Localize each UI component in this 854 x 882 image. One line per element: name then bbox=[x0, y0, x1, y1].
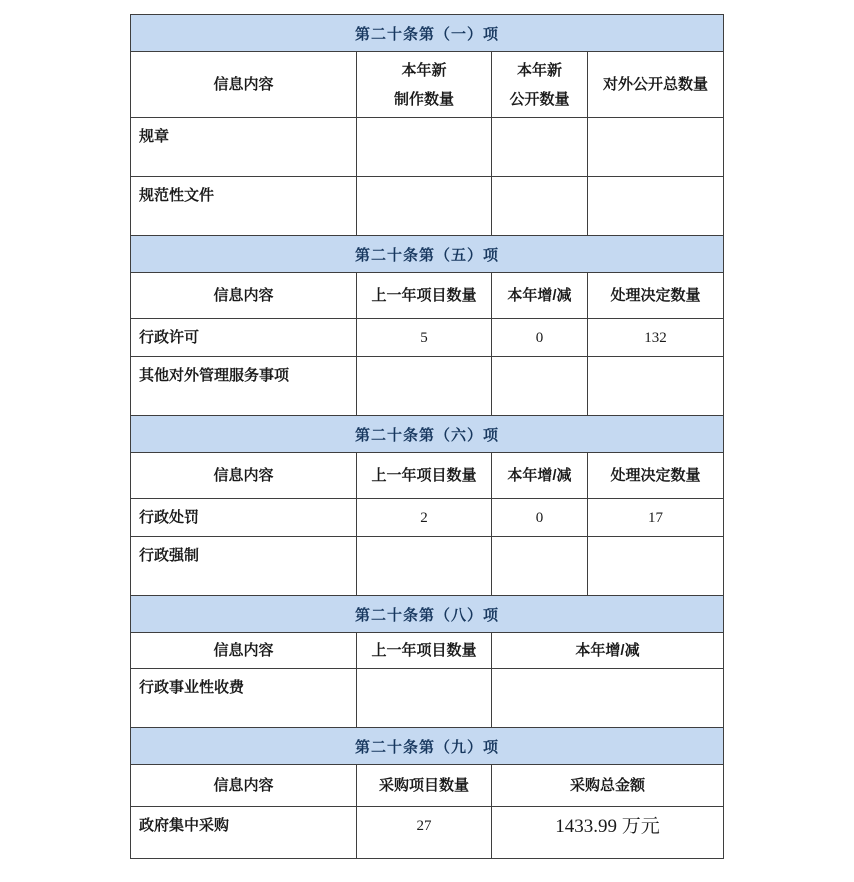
row-label: 行政强制 bbox=[130, 537, 356, 596]
section-banner-row-3: 第二十条第（六）项 bbox=[130, 416, 723, 453]
column-header-label: 处理决定数量 bbox=[592, 281, 719, 310]
column-header: 本年增/减 bbox=[491, 273, 587, 319]
report-page: 第二十条第（一）项 信息内容 本年新 制作数量 本年新 公开数量 对外公开总数量… bbox=[0, 0, 854, 859]
column-header-label: 信息内容 bbox=[135, 70, 352, 99]
table-row: 行政许可 5 0 132 bbox=[130, 319, 723, 357]
section-banner-title: 第二十条第（五）项 bbox=[130, 236, 723, 273]
cell-value bbox=[356, 118, 491, 177]
column-header-label: 对外公开总数量 bbox=[592, 70, 719, 99]
section-banner-row-4: 第二十条第（八）项 bbox=[130, 596, 723, 633]
cell-value: 27 bbox=[356, 807, 491, 859]
cell-value-amount: 1433.99 万元 bbox=[491, 807, 723, 859]
header-row-2: 信息内容 上一年项目数量 本年增/减 处理决定数量 bbox=[130, 273, 723, 319]
column-header-label: 信息内容 bbox=[135, 281, 352, 310]
cell-value: 0 bbox=[491, 499, 587, 537]
column-header-label: 制作数量 bbox=[361, 85, 487, 114]
cell-value bbox=[587, 537, 723, 596]
column-header-label: 信息内容 bbox=[135, 636, 352, 665]
column-header: 本年增/减 bbox=[491, 633, 723, 669]
table-row: 行政处罚 2 0 17 bbox=[130, 499, 723, 537]
column-header: 对外公开总数量 bbox=[587, 52, 723, 118]
column-header-label: 采购总金额 bbox=[496, 771, 719, 800]
column-header: 处理决定数量 bbox=[587, 273, 723, 319]
cell-value bbox=[491, 177, 587, 236]
column-header-label: 本年增/减 bbox=[496, 461, 583, 490]
section-banner-title: 第二十条第（八）项 bbox=[130, 596, 723, 633]
column-header-label: 采购项目数量 bbox=[361, 771, 487, 800]
row-label: 行政许可 bbox=[130, 319, 356, 357]
column-header-label: 处理决定数量 bbox=[592, 461, 719, 490]
column-header: 上一年项目数量 bbox=[356, 453, 491, 499]
column-header: 信息内容 bbox=[130, 453, 356, 499]
column-header-label: 信息内容 bbox=[135, 461, 352, 490]
header-row-5: 信息内容 采购项目数量 采购总金额 bbox=[130, 765, 723, 807]
column-header: 本年新 制作数量 bbox=[356, 52, 491, 118]
cell-value: 17 bbox=[587, 499, 723, 537]
cell-value bbox=[587, 177, 723, 236]
disclosure-table: 第二十条第（一）项 信息内容 本年新 制作数量 本年新 公开数量 对外公开总数量… bbox=[130, 14, 724, 859]
cell-value bbox=[491, 118, 587, 177]
column-header: 信息内容 bbox=[130, 52, 356, 118]
table-row: 政府集中采购 27 1433.99 万元 bbox=[130, 807, 723, 859]
header-row-4: 信息内容 上一年项目数量 本年增/减 bbox=[130, 633, 723, 669]
column-header: 信息内容 bbox=[130, 765, 356, 807]
row-label: 其他对外管理服务事项 bbox=[130, 357, 356, 416]
section-banner-row-5: 第二十条第（九）项 bbox=[130, 728, 723, 765]
column-header: 处理决定数量 bbox=[587, 453, 723, 499]
row-label: 规章 bbox=[130, 118, 356, 177]
cell-value bbox=[587, 118, 723, 177]
table-row: 规章 bbox=[130, 118, 723, 177]
row-label: 行政处罚 bbox=[130, 499, 356, 537]
column-header-label: 上一年项目数量 bbox=[361, 281, 487, 310]
cell-value bbox=[491, 357, 587, 416]
row-label: 规范性文件 bbox=[130, 177, 356, 236]
row-label: 行政事业性收费 bbox=[130, 669, 356, 728]
cell-value bbox=[356, 177, 491, 236]
column-header-label: 本年新 bbox=[496, 56, 583, 85]
cell-value: 132 bbox=[587, 319, 723, 357]
cell-value: 2 bbox=[356, 499, 491, 537]
column-header-label: 本年新 bbox=[361, 56, 487, 85]
section-banner-title: 第二十条第（九）项 bbox=[130, 728, 723, 765]
column-header-label: 上一年项目数量 bbox=[361, 461, 487, 490]
column-header: 采购项目数量 bbox=[356, 765, 491, 807]
column-header: 采购总金额 bbox=[491, 765, 723, 807]
column-header-label: 上一年项目数量 bbox=[361, 636, 487, 665]
cell-value bbox=[356, 669, 491, 728]
cell-value bbox=[356, 357, 491, 416]
table-row: 行政事业性收费 bbox=[130, 669, 723, 728]
header-row-1: 信息内容 本年新 制作数量 本年新 公开数量 对外公开总数量 bbox=[130, 52, 723, 118]
column-header: 上一年项目数量 bbox=[356, 273, 491, 319]
table-row: 其他对外管理服务事项 bbox=[130, 357, 723, 416]
row-label: 政府集中采购 bbox=[130, 807, 356, 859]
cell-value: 0 bbox=[491, 319, 587, 357]
column-header: 本年新 公开数量 bbox=[491, 52, 587, 118]
column-header: 信息内容 bbox=[130, 273, 356, 319]
column-header-label: 本年增/减 bbox=[496, 281, 583, 310]
header-row-3: 信息内容 上一年项目数量 本年增/减 处理决定数量 bbox=[130, 453, 723, 499]
column-header: 本年增/减 bbox=[491, 453, 587, 499]
table-row: 行政强制 bbox=[130, 537, 723, 596]
column-header: 信息内容 bbox=[130, 633, 356, 669]
cell-value bbox=[356, 537, 491, 596]
section-banner-title: 第二十条第（一）项 bbox=[130, 15, 723, 52]
table-row: 规范性文件 bbox=[130, 177, 723, 236]
column-header-label: 信息内容 bbox=[135, 771, 352, 800]
section-banner-row-1: 第二十条第（一）项 bbox=[130, 15, 723, 52]
section-banner-title: 第二十条第（六）项 bbox=[130, 416, 723, 453]
column-header-label: 公开数量 bbox=[496, 85, 583, 114]
cell-value bbox=[491, 669, 723, 728]
cell-value bbox=[587, 357, 723, 416]
column-header: 上一年项目数量 bbox=[356, 633, 491, 669]
section-banner-row-2: 第二十条第（五）项 bbox=[130, 236, 723, 273]
column-header-label: 本年增/减 bbox=[496, 636, 719, 665]
cell-value: 5 bbox=[356, 319, 491, 357]
cell-value bbox=[491, 537, 587, 596]
